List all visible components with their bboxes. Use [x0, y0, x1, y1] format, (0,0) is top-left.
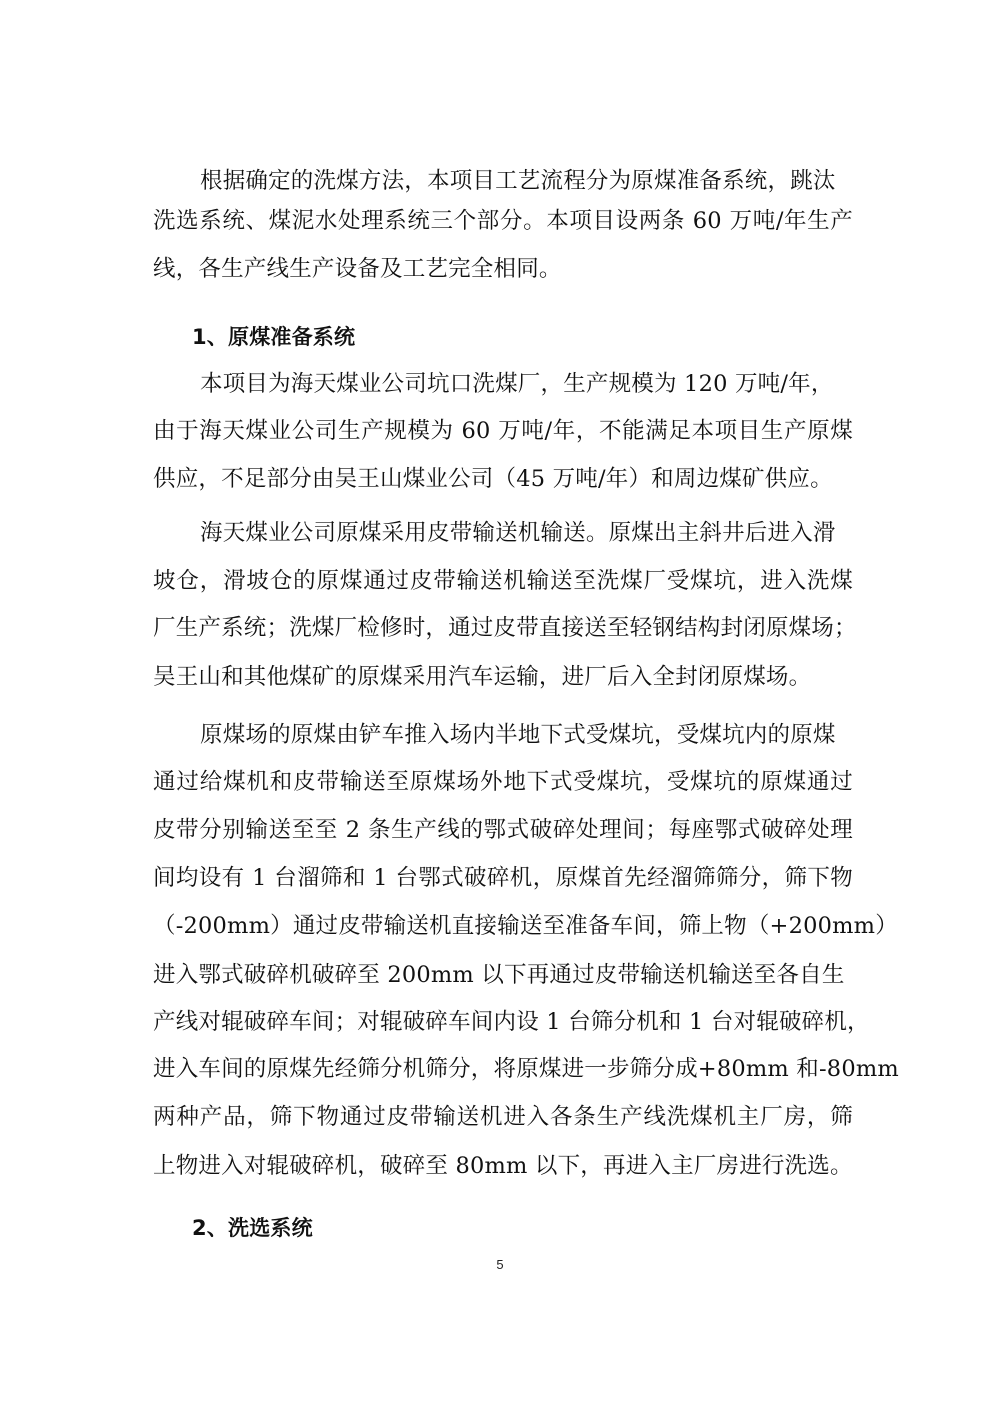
paragraph-line: 线，各生产线生产设备及工艺完全相同。 — [153, 258, 853, 281]
paragraph-line: 坡仓，滑坡仓的原煤通过皮带输送机输送至洗煤厂受煤坑，进入洗煤 — [153, 570, 853, 593]
paragraph-line: （-200mm）通过皮带输送机直接输送至准备车间，筛上物（+200mm） — [153, 915, 853, 938]
section-heading: 1、原煤准备系统 — [192, 327, 892, 348]
paragraph-line: 通过给煤机和皮带输送至原煤场外地下式受煤坑，受煤坑的原煤通过 — [153, 771, 853, 794]
paragraph-line: 间均设有 1 台溜筛和 1 台鄂式破碎机，原煤首先经溜筛筛分，筛下物 — [153, 867, 853, 890]
section-heading: 2、洗选系统 — [192, 1218, 892, 1239]
paragraph-line: 原煤场的原煤由铲车推入场内半地下式受煤坑，受煤坑内的原煤 — [200, 724, 900, 747]
paragraph-line: 由于海天煤业公司生产规模为 60 万吨/年，不能满足本项目生产原煤 — [153, 420, 853, 443]
paragraph-line: 根据确定的洗煤方法，本项目工艺流程分为原煤准备系统，跳汰 — [200, 170, 900, 193]
paragraph-line: 海天煤业公司原煤采用皮带输送机输送。原煤出主斜井后进入滑 — [200, 522, 900, 545]
paragraph-line: 洗选系统、煤泥水处理系统三个部分。本项目设两条 60 万吨/年生产 — [153, 210, 853, 233]
paragraph-line: 产线对辊破碎车间；对辊破碎车间内设 1 台筛分机和 1 台对辊破碎机， — [153, 1011, 853, 1034]
paragraph-line: 厂生产系统；洗煤厂检修时，通过皮带直接送至轻钢结构封闭原煤场； — [153, 617, 853, 640]
paragraph-line: 两种产品，筛下物通过皮带输送机进入各条生产线洗煤机主厂房，筛 — [153, 1106, 853, 1129]
paragraph-line: 进入车间的原煤先经筛分机筛分，将原煤进一步筛分成+80mm 和-80mm — [153, 1058, 853, 1081]
document-page: 根据确定的洗煤方法，本项目工艺流程分为原煤准备系统，跳汰 洗选系统、煤泥水处理系… — [0, 0, 1000, 1414]
paragraph-line: 进入鄂式破碎机破碎至 200mm 以下再通过皮带输送机输送至各自生 — [153, 964, 853, 987]
paragraph-line: 供应，不足部分由吴王山煤业公司（45 万吨/年）和周边煤矿供应。 — [153, 468, 853, 491]
paragraph-line: 吴王山和其他煤矿的原煤采用汽车运输，进厂后入全封闭原煤场。 — [153, 666, 853, 689]
paragraph-line: 皮带分别输送至至 2 条生产线的鄂式破碎处理间；每座鄂式破碎处理 — [153, 819, 853, 842]
paragraph-line: 上物进入对辊破碎机，破碎至 80mm 以下，再进入主厂房进行洗选。 — [153, 1155, 853, 1178]
page-number: 5 — [0, 1257, 1000, 1272]
paragraph-line: 本项目为海天煤业公司坑口洗煤厂，生产规模为 120 万吨/年， — [200, 373, 900, 396]
